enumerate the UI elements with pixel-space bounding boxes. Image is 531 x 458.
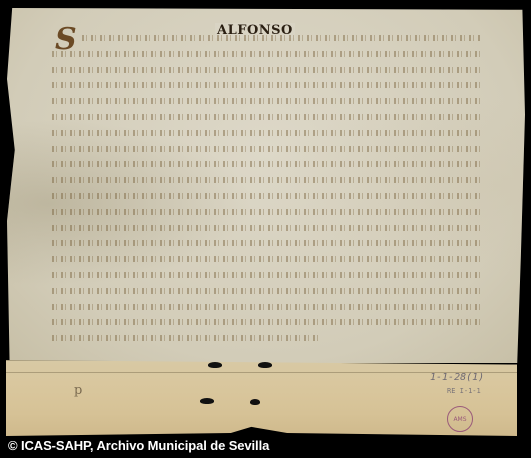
script-line <box>52 330 319 346</box>
script-line <box>82 30 482 46</box>
script-line <box>52 93 482 109</box>
script-line <box>52 220 482 236</box>
seal-cord-hole <box>250 399 260 405</box>
script-line <box>52 251 482 267</box>
script-line <box>52 141 482 157</box>
archive-shelfmark: 1-1-28(1) <box>430 372 484 383</box>
seal-cord-hole <box>200 398 214 404</box>
document-image-viewer: S ALFONSO p 1-1-28(1) RE I-1-1 AMS © ICA… <box>0 0 531 458</box>
script-line <box>52 314 482 330</box>
seal-cord-hole <box>208 362 222 368</box>
script-line <box>52 172 482 188</box>
script-line <box>52 156 482 172</box>
archive-stamp-icon: AMS <box>447 406 473 432</box>
stamp-text: AMS <box>453 416 466 423</box>
script-line <box>52 267 482 283</box>
plica-mark: p <box>74 383 82 398</box>
script-line <box>52 235 482 251</box>
script-line <box>52 109 482 125</box>
script-line <box>52 77 482 93</box>
copyright-caption: © ICAS-SAHP, Archivo Municipal de Sevill… <box>8 438 269 453</box>
secondary-notation: RE I-1-1 <box>447 387 481 395</box>
seal-cord-hole <box>258 362 272 368</box>
script-line <box>52 62 482 78</box>
script-line <box>52 299 482 315</box>
script-line <box>52 204 482 220</box>
script-line <box>52 125 482 141</box>
script-line <box>52 188 482 204</box>
script-line <box>52 283 482 299</box>
script-line <box>52 46 482 62</box>
charter-text-block <box>52 30 482 346</box>
